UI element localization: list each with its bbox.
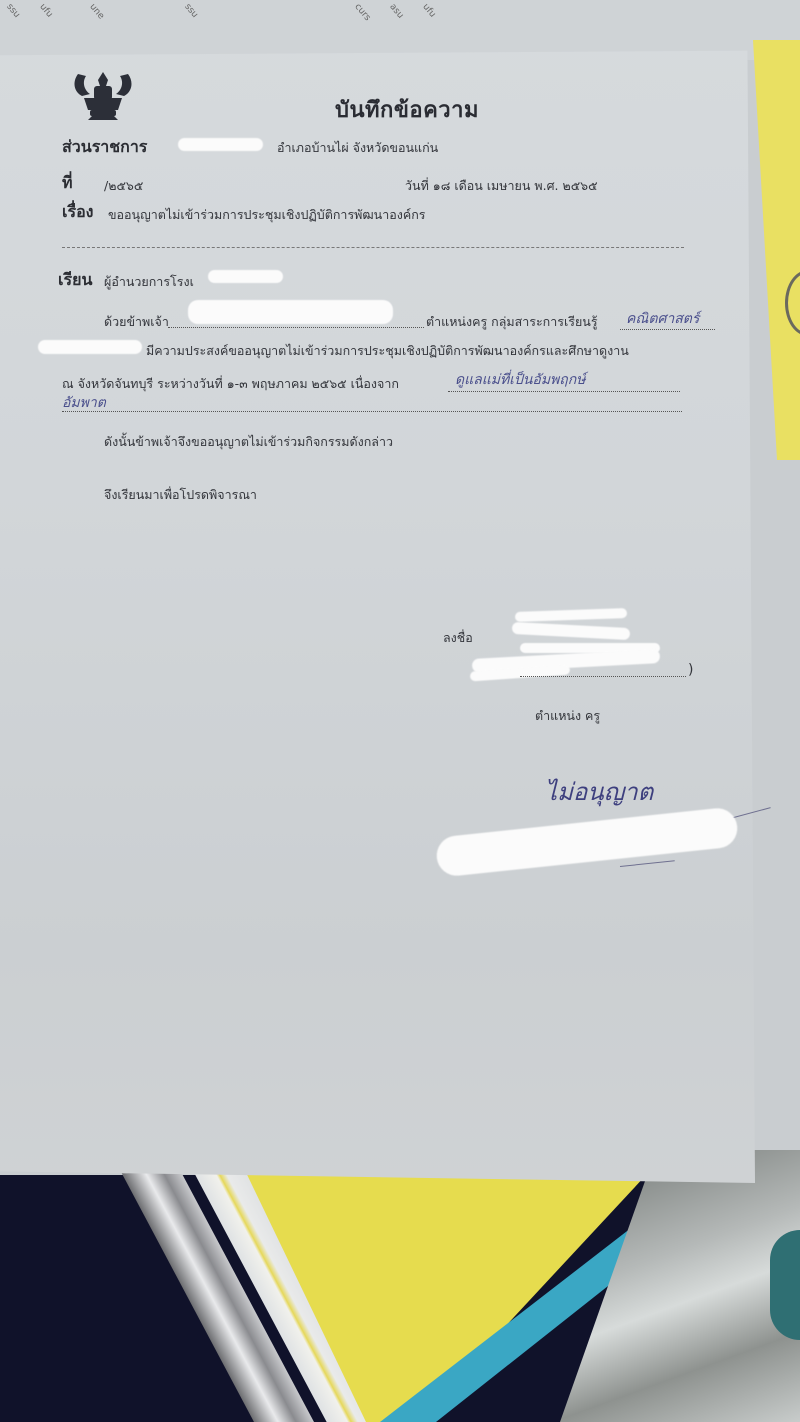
background-cup: [770, 1230, 800, 1340]
redacted-approver-signature: [435, 806, 740, 877]
agency-value: อำเภอบ้านไผ่ จังหวัดขอนแก่น: [277, 138, 438, 158]
close-paren: ): [688, 662, 693, 678]
fill-line: [62, 411, 682, 412]
body-line2: มีความประสงค์ขออนุญาตไม่เข้าร่วมการประชุ…: [146, 341, 629, 361]
redacted-agency: [178, 138, 263, 151]
handwritten-reason: ดูแลแม่ที่เป็นอัมพฤกษ์: [455, 369, 585, 391]
handwritten-subject-area: คณิตศาสตร์: [626, 308, 699, 330]
fill-line: [520, 676, 686, 677]
redacted-school-name: [208, 270, 283, 283]
subject-label: เรื่อง: [62, 200, 93, 225]
header-divider: [62, 247, 684, 248]
ref-label: ที่: [62, 171, 73, 196]
sign-label: ลงชื่อ: [443, 628, 473, 648]
body-line3: ณ จังหวัดจันทบุรี ระหว่างวันที่ ๑-๓ พฤษภ…: [62, 374, 399, 394]
to-label: เรียน: [58, 268, 92, 293]
signature-stroke: [730, 807, 771, 819]
redacted-signature: [515, 608, 627, 622]
body-line1-prefix: ด้วยข้าพเจ้า: [104, 312, 169, 332]
memo-title: บันทึกข้อความ: [335, 92, 479, 127]
body-line1-position: ตำแหน่งครู กลุ่มสาระการเรียนรู้: [426, 312, 598, 332]
signer-position: ตำแหน่ง ครู: [535, 706, 600, 726]
subject-value: ขออนุญาตไม่เข้าร่วมการประชุมเชิงปฏิบัติก…: [108, 205, 426, 225]
handwritten-approval-decision: ไม่อนุญาต: [545, 772, 653, 811]
redacted-signature: [512, 622, 630, 640]
fill-line: [448, 391, 680, 392]
memo-document: บันทึกข้อความ ส่วนราชการ อำเภอบ้านไผ่ จั…: [0, 0, 800, 1180]
redacted-text: [38, 340, 142, 354]
signature-stroke: [620, 860, 675, 867]
ref-value: /๒๕๖๕: [104, 176, 143, 196]
body-paragraph2: ดังนั้นข้าพเจ้าจึงขออนุญาตไม่เข้าร่วมกิจ…: [104, 432, 393, 452]
redacted-teacher-name: [188, 300, 393, 324]
to-value: ผู้อำนวยการโรงเ: [104, 272, 194, 292]
agency-label: ส่วนราชการ: [62, 135, 147, 160]
closing-text: จึงเรียนมาเพื่อโปรดพิจารณา: [104, 485, 257, 505]
garuda-emblem-icon: [70, 68, 136, 120]
fill-line: [168, 327, 424, 328]
memo-date: วันที่ ๑๘ เดือน เมษายน พ.ศ. ๒๕๖๕: [405, 176, 598, 196]
